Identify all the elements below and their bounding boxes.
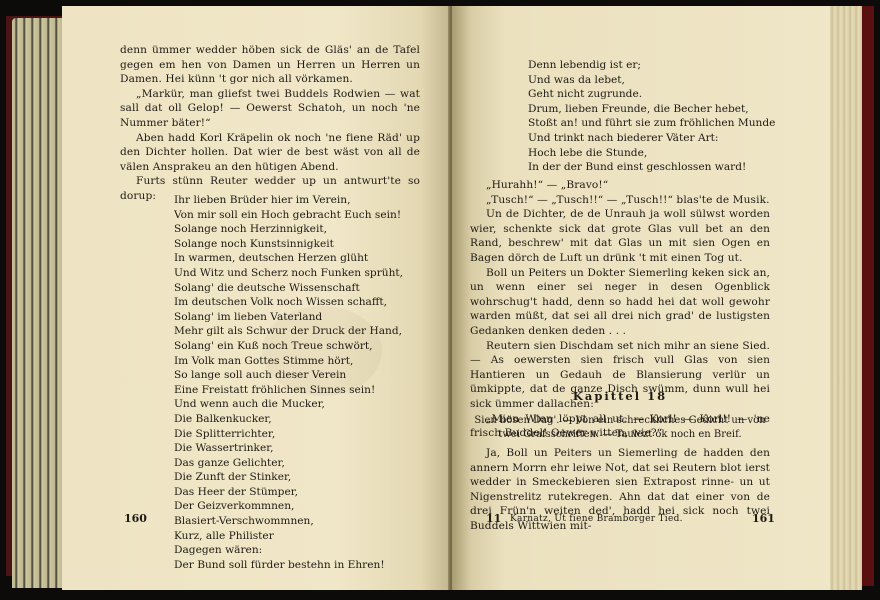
paragraph: „Tusch!“ — „Tusch!!“ — „Tusch!!“ blas'te… <box>470 193 770 208</box>
left-page: denn ümmer wedder höben sick de Gläs' an… <box>62 6 452 590</box>
poem-line: Das Heer der Stümper, <box>174 485 403 500</box>
paragraph: „Hurahh!“ — „Bravo!“ <box>470 178 770 193</box>
paragraph: Un de Dichter, de de Unrauh ja woll sülw… <box>470 207 770 265</box>
poem-line: Solange noch Herzinnigkeit, <box>174 222 403 237</box>
poem-line: Die Wassertrinker, <box>174 441 403 456</box>
poem-line: Solang' im lieben Vaterland <box>174 310 403 325</box>
right-page: Denn lebendig ist er; Und was da lebet, … <box>452 6 830 590</box>
poem-line: Im deutschen Volk noch Wissen schafft, <box>174 295 403 310</box>
poem-line: Der Geizverkommnen, <box>174 499 403 514</box>
poem-line: Im Volk man Gottes Stimme hört, <box>174 354 403 369</box>
poem-line: Von mir soll ein Hoch gebracht Euch sein… <box>174 208 403 223</box>
poem-line: Mehr gilt als Schwur der Druck der Hand, <box>174 324 403 339</box>
chapter-summary: Sien bösen Dag'. — Von ein schreckliches… <box>470 414 770 441</box>
poem-line: Und trinkt nach biederer Väter Art: <box>528 131 775 146</box>
running-foot: Karnatz, Ut fiene Bramborger Tied. <box>510 514 683 524</box>
page-number-right: 161 <box>752 512 775 525</box>
poem-line: Solang' die deutsche Wissenschaft <box>174 281 403 296</box>
poem-line: Das ganze Gelichter, <box>174 456 403 471</box>
poem-line: Blasiert-Verschwommnen, <box>174 514 403 529</box>
poem-line: Der Bund soll fürder bestehn in Ehren! <box>174 558 403 573</box>
poem-line: Und was da lebet, <box>528 73 775 88</box>
page-number-left: 160 <box>124 512 147 525</box>
paragraph: Aben hadd Korl Kräpelin ok noch 'ne fien… <box>120 131 420 175</box>
poem-line: Die Balkenkucker, <box>174 412 403 427</box>
paragraph: „Markür, man gliefst twei Buddels Rodwie… <box>120 87 420 131</box>
poem-line: Und Witz und Scherz noch Funken sprüht, <box>174 266 403 281</box>
poem-line: Kurz, alle Philister <box>174 529 403 544</box>
poem-line: In warmen, deutschen Herzen glüht <box>174 251 403 266</box>
poem-line: Ihr lieben Brüder hier im Verein, <box>174 193 403 208</box>
poem-line: Hoch lebe die Stunde, <box>528 146 775 161</box>
signature-mark: 11 <box>486 512 501 525</box>
paragraph: Boll un Peiters un Dokter Siemerling kek… <box>470 266 770 339</box>
paragraph: denn ümmer wedder höben sick de Gläs' an… <box>120 43 420 87</box>
left-poem: Ihr lieben Brüder hier im Verein, Von mi… <box>174 193 403 572</box>
poem-line: Eine Freistatt fröhlichen Sinnes sein! <box>174 383 403 398</box>
poem-line: Solange noch Kunstsinnigkeit <box>174 237 403 252</box>
page-edges-right <box>828 6 862 590</box>
poem-line: Stoßt an! und führt sie zum fröhlichen M… <box>528 116 775 131</box>
poem-line: Die Splitterrichter, <box>174 427 403 442</box>
left-opening-prose: denn ümmer wedder höben sick de Gläs' an… <box>120 43 420 204</box>
poem-line: In der der Bund einst geschlossen ward! <box>528 160 775 175</box>
poem-line: Drum, lieben Freunde, die Becher hebet, <box>528 102 775 117</box>
poem-line: Geht nicht zugrunde. <box>528 87 775 102</box>
poem-line: Und wenn auch die Mucker, <box>174 397 403 412</box>
poem-line: So lange soll auch dieser Verein <box>174 368 403 383</box>
right-poem: Denn lebendig ist er; Und was da lebet, … <box>528 58 775 175</box>
chapter-title: Kapittel 18 <box>470 389 770 403</box>
page-edges-left <box>12 18 68 588</box>
poem-line: Solang' ein Kuß noch Treue schwört, <box>174 339 403 354</box>
poem-line: Dagegen wären: <box>174 543 403 558</box>
poem-line: Die Zunft der Stinker, <box>174 470 403 485</box>
poem-line: Denn lebendig ist er; <box>528 58 775 73</box>
